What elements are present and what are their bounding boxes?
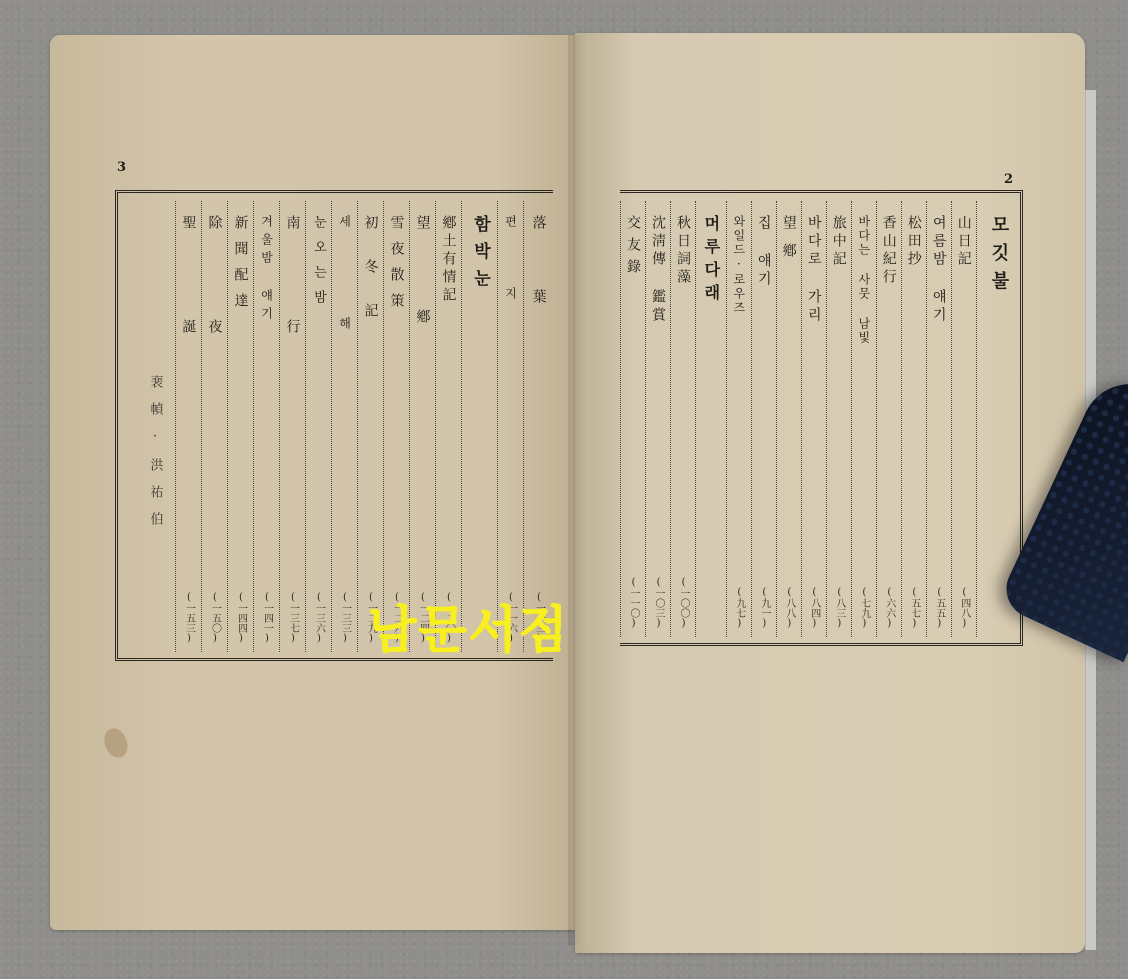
entry-title: 除夜: [208, 215, 222, 423]
entry-title: 바다로 가리: [807, 215, 821, 325]
left-page-number: 3: [117, 160, 126, 175]
credit-text: 裵幀·洪祐伯: [149, 215, 162, 539]
toc-entry: 와일드·로우즈 (九七): [726, 201, 751, 637]
entry-title: 모깃불: [989, 215, 1007, 299]
toc-credit: 裵幀·洪祐伯: [135, 201, 175, 652]
toc-entry: 望鄕 (八八): [776, 201, 801, 637]
entry-page: (一五〇): [210, 592, 220, 644]
toc-entry: 雪夜散策 (一二六): [383, 201, 409, 652]
entry-title: 세해: [339, 215, 351, 419]
entry-page: (八八): [784, 587, 794, 629]
entry-title: 新聞配達: [234, 215, 248, 319]
entry-page: (一五三): [184, 592, 194, 644]
entry-title: 望鄕: [416, 215, 430, 403]
entry-page: (八三): [834, 587, 844, 629]
toc-entry: 鄕土有情記 (一二〇): [435, 201, 461, 652]
entry-page: (四八): [959, 587, 969, 629]
entry-title: 함박눈: [471, 215, 488, 296]
toc-entry: 秋日詞藻 (一〇〇): [670, 201, 695, 637]
toc-entry: 聖誕 (一五三): [175, 201, 201, 652]
toc-entry: 겨울밤 얘기 (一四一): [253, 201, 279, 652]
toc-entry: 南行 (一三七): [279, 201, 305, 652]
entry-title: 雪夜散策: [390, 215, 404, 319]
toc-right-frame: 모깃불 山日記 (四八) 여름밤 얘기 (五五) 松田抄 (五七) 香山紀行 (…: [620, 190, 1023, 646]
toc-right-columns: 모깃불 山日記 (四八) 여름밤 얘기 (五五) 松田抄 (五七) 香山紀行 (…: [620, 201, 1020, 637]
entry-title: 여름밤 얘기: [932, 215, 946, 325]
toc-entry: 新聞配達 (一四四): [227, 201, 253, 652]
toc-entry: 松田抄 (五七): [901, 201, 926, 637]
entry-title: 鄕土有情記: [442, 215, 456, 305]
toc-entry: 交友錄 (一一〇): [620, 201, 645, 637]
toc-entry: 바다는 사뭇 남빛 (七九): [851, 201, 876, 637]
entry-title: 松田抄: [907, 215, 921, 269]
toc-entry: 집 얘기 (九一): [751, 201, 776, 637]
right-page-number: 2: [1004, 172, 1013, 187]
entry-page: (九一): [759, 587, 769, 629]
toc-entry: 눈오는밤 (一三六): [305, 201, 331, 652]
entry-title: 집 얘기: [757, 215, 771, 289]
entry-page: (五五): [934, 587, 944, 629]
entry-title: 交友錄: [626, 215, 640, 281]
entry-title: 聖誕: [182, 215, 196, 423]
entry-page: (一三七): [288, 592, 298, 644]
entry-title: 落葉: [532, 215, 546, 363]
toc-entry: 여름밤 얘기 (五五): [926, 201, 951, 637]
toc-section-header: 함박눈: [461, 201, 497, 652]
entry-page: (五七): [909, 587, 919, 629]
entry-page: (一〇三): [653, 577, 663, 629]
entry-title: 겨울밤 얘기: [261, 215, 273, 325]
toc-entry: 落葉 (一一三): [523, 201, 553, 652]
entry-page: (一三三): [340, 592, 350, 644]
seller-watermark: 남문서점: [368, 590, 569, 662]
toc-entry: 沈淸傳 鑑賞 (一〇三): [645, 201, 670, 637]
entry-page: (一四一): [262, 592, 272, 644]
toc-section-header: 머루다래: [695, 201, 726, 637]
entry-title: 沈淸傳 鑑賞: [651, 215, 665, 325]
entry-title: 와일드·로우즈: [733, 215, 745, 315]
entry-title: 望鄕: [782, 215, 796, 271]
entry-page: (一〇〇): [678, 577, 688, 629]
entry-title: 바다는 사뭇 남빛: [858, 215, 870, 345]
toc-entry: 香山紀行 (六六): [876, 201, 901, 637]
toc-entry: 편지 (一一六): [497, 201, 523, 652]
toc-entry: 除夜 (一五〇): [201, 201, 227, 652]
entry-page: (一一〇): [628, 577, 638, 629]
entry-page: (七九): [859, 587, 869, 629]
toc-entry: 세해 (一三三): [331, 201, 357, 652]
entry-page: (六六): [884, 587, 894, 629]
entry-title: 香山紀行: [882, 215, 896, 287]
entry-title: 初冬記: [364, 215, 378, 347]
entry-title: 머루다래: [703, 215, 719, 307]
entry-page: (一三六): [314, 592, 324, 644]
toc-entry: 望鄕 (一二四): [409, 201, 435, 652]
toc-entry: 山日記 (四八): [951, 201, 976, 637]
book-gutter: [568, 35, 590, 945]
entry-page: (八四): [809, 587, 819, 629]
entry-title: 旅中記: [832, 215, 846, 269]
entry-page: (一四四): [236, 592, 246, 644]
toc-entry: 바다로 가리 (八四): [801, 201, 826, 637]
entry-title: 南行: [286, 215, 300, 423]
toc-entry: 旅中記 (八三): [826, 201, 851, 637]
entry-title: 秋日詞藻: [676, 215, 690, 287]
entry-page: (九七): [734, 587, 744, 629]
toc-left-columns: 落葉 (一一三) 편지 (一一六) 함박눈 鄕土有情記 (一二〇) 望鄕 (一二…: [118, 201, 553, 652]
toc-entry: 初冬記 (一二九): [357, 201, 383, 652]
entry-title: 눈오는밤: [312, 215, 325, 315]
entry-title: 山日記: [957, 215, 971, 269]
entry-title: 편지: [505, 215, 517, 359]
